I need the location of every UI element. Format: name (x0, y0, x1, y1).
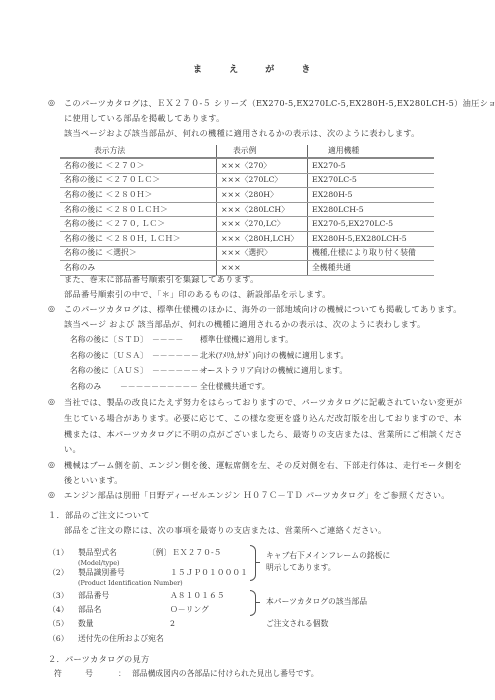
cell-method: 名称の後に ＜選択＞ (60, 246, 217, 261)
cell-example: ×××〈270〉 (217, 158, 308, 173)
table-header-row: 表示方法 表示例 適用機種 (60, 145, 434, 158)
spec-usa-label: 名称の後に〔ＵＳＡ〕 (70, 352, 148, 360)
term-separator: ： (118, 670, 126, 678)
spec-common-label: 名称のみ (70, 383, 101, 391)
table-row: 名称の後に ＜２８０ＬＣＨ＞×××〈280LCH〉EX280LCH-5 (60, 202, 434, 217)
order-heading: １．部品のご注文について (48, 511, 150, 519)
order-item-label: 部品名 (78, 606, 101, 614)
order-item-value: 2 (170, 620, 175, 628)
section-c-line-2: 生じている場合があります。必要に応じて、この様な変更を盛り込んだ改訂版を出してお… (64, 414, 462, 422)
cell-method: 名称の後に ＜２８０Ｈ＞ (60, 188, 217, 203)
section-d-line-1: 機械はブーム側を前、エンジン側を後、運転席側を左、その反対側を右、下部走行体は、… (64, 461, 462, 469)
spec-aus-desc: オーストラリア向けの機械に適用します。 (200, 367, 347, 375)
order-item-label: 製品型式名 (78, 549, 117, 557)
spec-usa-dashes: －－－－－－ (152, 352, 199, 360)
header-applicable-model: 適用機種 (308, 145, 435, 158)
cell-example: ×××〈270LC〉 (217, 173, 308, 188)
cell-model: 全機種共通 (308, 261, 435, 276)
table-row: 名称の後に ＜２７０＞×××〈270〉EX270-5 (60, 158, 434, 173)
bullet-icon: ◎ (48, 398, 55, 406)
order-item-label: 製品識別番号 (78, 569, 125, 577)
section-c-line-1: 当社では、製品の改良にたえず努力をはらっておりますので、パーツカタログに記載され… (64, 398, 462, 406)
example-prefix: 〔例〕 (148, 549, 171, 557)
table-row: 名称の後に ＜２８０Ｈ, ＬＣＨ＞×××〈280H,LCH〉EX280H-5,E… (60, 231, 434, 246)
cell-method: 名称の後に ＜２７０ＬＣ＞ (60, 173, 217, 188)
catalog-view-heading: ２．パーツカタログの見方 (48, 655, 150, 663)
cell-model: EX270LC-5 (308, 173, 435, 188)
bullet-icon: ◎ (48, 461, 55, 469)
brace-tip (256, 602, 260, 603)
section-c-line-3: 機または、本パーツカタログに不明の点がございましたら、最寄りの支店または、営業所… (64, 430, 463, 438)
cell-method: 名称の後に ＜２８０Ｈ, ＬＣＨ＞ (60, 231, 217, 246)
section-a-line-3: 該当ページおよび該当部品が、何れの機種に適用されるかの表示は、次のように表わしま… (64, 129, 420, 137)
cell-example: ×××〈280H〉 (217, 188, 308, 203)
table-row: 名称の後に ＜２８０Ｈ＞×××〈280H〉EX280H-5 (60, 188, 434, 203)
cell-example: ×××〈280H,LCH〉 (217, 231, 308, 246)
cell-model: EX280H-5,EX280LCH-5 (308, 231, 435, 246)
brace-icon (250, 545, 256, 581)
order-item-label: 数量 (78, 620, 94, 628)
nameplate-note-1: キャブ右下メインフレームの銘板に (266, 552, 390, 560)
quantity-note: ご注文される個数 (266, 620, 328, 628)
section-c-line-4: い。 (64, 445, 81, 453)
cell-example: ×××〈選択〉 (217, 246, 308, 261)
order-item-value: ＥＸ２７０-５ (172, 549, 221, 557)
order-item-num: （4） (48, 606, 69, 614)
cell-model: EX280H-5 (308, 188, 435, 203)
section-a-line-2: に使用している部品を掲載してあります。 (64, 114, 225, 122)
cell-method: 名称の後に ＜２７０＞ (60, 158, 217, 173)
index-note-2: 部品番号順索引の中で、「＊」印のあるものは、新設部品を示します。 (64, 290, 331, 298)
order-item-sublabel: (Model/type) (78, 560, 120, 566)
order-item-num: （2） (48, 569, 69, 577)
order-item-num: （3） (48, 592, 69, 600)
spec-std-desc: 標準仕様機に適用します。 (200, 336, 293, 344)
spec-std-dashes: －－－－ (152, 336, 183, 344)
cell-method: 名称の後に ＜２８０ＬＣＨ＞ (60, 202, 217, 217)
nameplate-note-2: 明示してあります。 (266, 564, 336, 572)
header-display-method: 表示方法 (60, 145, 217, 158)
section-e-line-1: エンジン部品は別冊「日野ディーゼルエンジン Ｈ０７Ｃ－ＴＤ パーツカタログ」をご… (64, 491, 450, 499)
order-item-sublabel: (Product Identification Number) (78, 580, 183, 586)
table-row: 名称の後に ＜選択＞×××〈選択〉機種,仕様により取り付く装備 (60, 246, 434, 261)
order-item-num: （6） (48, 635, 69, 643)
page-title: ま え が き (193, 66, 322, 75)
cell-example: ×××〈270,LC〉 (217, 217, 308, 232)
bullet-icon: ◎ (48, 99, 55, 107)
order-item-value: １５ＪＰ０１０００１ (170, 569, 248, 577)
cell-example: ×××〈280LCH〉 (217, 202, 308, 217)
section-b-line-1: このパーツカタログは、標準仕様機のほかに、海外の一部地域向けの機械についても掲載… (64, 305, 462, 313)
order-intro: 部品をご注文の際には、次の事項を最寄りの支店または、営業所へご連絡ください。 (64, 526, 387, 534)
spec-aus-label: 名称の後に〔ＡＵＳ〕 (70, 367, 148, 375)
table-row: 名称の後に ＜２７０ＬＣ＞×××〈270LC〉EX270LC-5 (60, 173, 434, 188)
spec-usa-desc: 北米(ｱﾒﾘｶ,ｶﾅﾀﾞ)向けの機械に適用します。 (200, 352, 348, 360)
order-item-value: Ｏ－リング (170, 606, 209, 614)
section-d-line-2: 後といいます。 (64, 476, 123, 484)
header-display-example: 表示例 (217, 145, 308, 158)
bullet-icon: ◎ (48, 305, 55, 313)
term-description: 部品構成図内の各部品に付けられた見出し番号です。 (132, 670, 319, 678)
brace-tip (256, 562, 260, 563)
spec-common-dashes: －－－－－－－－－－ (120, 383, 198, 391)
catalog-part-note: 本パーツカタログの該当部品 (266, 598, 367, 606)
table-row: 名称の後に ＜２７０, ＬＣ＞×××〈270,LC〉EX270-5,EX270L… (60, 217, 434, 232)
section-b-line-2: 該当ページ および 該当部品が、何れの機種に適用されるかの表示は、次のように表わ… (64, 320, 425, 328)
cell-model: EX270-5 (308, 158, 435, 173)
term-label: 符 号 (54, 670, 93, 678)
cell-method: 名称の後に ＜２７０, ＬＣ＞ (60, 217, 217, 232)
order-item-value: Ａ８１０１６５ (170, 592, 225, 600)
model-indication-table: 表示方法 表示例 適用機種 名称の後に ＜２７０＞×××〈270〉EX270-5… (60, 145, 434, 276)
order-item-num: （5） (48, 620, 69, 628)
brace-icon (250, 590, 256, 616)
spec-common-desc: 全仕様機共通です。 (200, 383, 270, 391)
bullet-icon: ◎ (48, 491, 55, 499)
order-item-label: 送付先の住所および宛名 (78, 635, 164, 643)
cell-model: 機種,仕様により取り付く装備 (308, 246, 435, 261)
spec-std-label: 名称の後に〔ＳＴＤ〕 (70, 336, 148, 344)
order-item-label: 部品番号 (78, 592, 109, 600)
index-note-1: また、巻末に部品番号順索引を集録してあります。 (64, 275, 259, 283)
cell-model: EX270-5,EX270LC-5 (308, 217, 435, 232)
cell-model: EX280LCH-5 (308, 202, 435, 217)
section-a-line-1: このパーツカタログは、ＥＸ２７０-５ シリーズ（EX270-5,EX270LC-… (64, 99, 495, 107)
order-item-num: （1） (48, 549, 69, 557)
